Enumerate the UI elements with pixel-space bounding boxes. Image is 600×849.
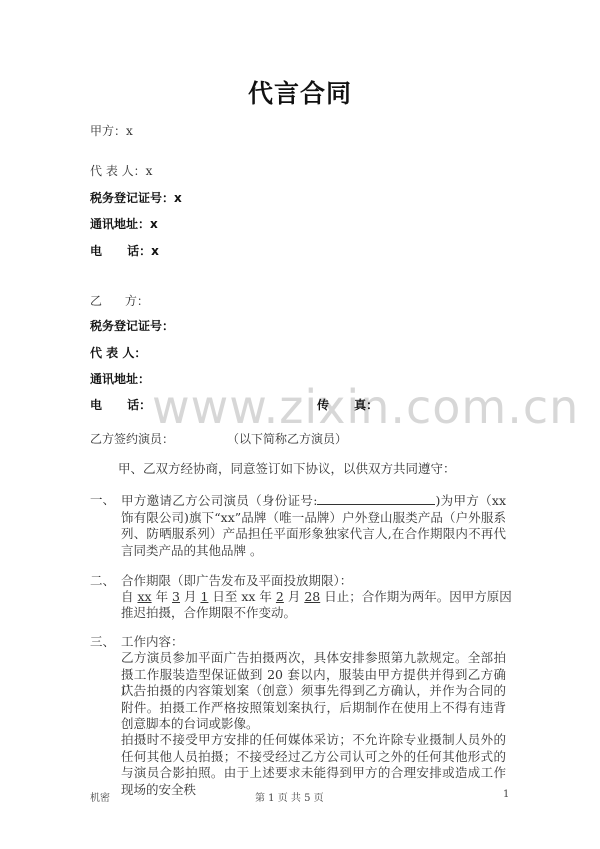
party-b-representative: 代 表 人： [90, 346, 146, 360]
section-1-number: 一、 [90, 492, 115, 509]
date-suffix: 日止；合作期为两年。因甲方原因 [320, 589, 511, 604]
month-label-2: 月 [284, 589, 304, 604]
section-1-body: 甲方邀请乙方公司演员（身份证号:)为甲方（xx 饰有限公司)旗下“xx”品牌（唯… [121, 492, 506, 559]
start-year: xx [137, 589, 151, 604]
start-month: 3 [172, 589, 180, 604]
month-label: 月 [180, 589, 200, 604]
page-title: 代言合同 [0, 74, 600, 110]
footer-page-count: 第 1 页 共 5 页 [255, 789, 324, 804]
id-number-blank [317, 492, 435, 505]
party-a-phone: 电 话：x [90, 244, 159, 258]
end-month: 2 [276, 589, 284, 604]
section-3-number: 三、 [90, 634, 115, 651]
footer-page-number: 1 [503, 789, 509, 800]
intro-text: 甲、乙双方经协商，同意签订如下协议，以供双方共同遵守： [118, 461, 456, 478]
date-prefix: 自 [121, 589, 137, 604]
section-2-continuation: 推迟拍摄，合作期限不作变动。 [121, 605, 296, 622]
party-b-tax-id: 税务登记证号： [90, 319, 174, 333]
party-b-name: 乙 方： [90, 294, 149, 308]
section-2-number: 二、 [90, 573, 115, 590]
section-1-text-before: 甲方邀请乙方公司演员（身份证号: [121, 493, 317, 508]
actor-label: 乙方签约演员： [90, 432, 174, 446]
party-a-name: 甲方：x [90, 124, 133, 138]
party-a-tax-id: 税务登记证号：x [90, 191, 182, 205]
party-b-address: 通讯地址： [90, 372, 150, 386]
party-a-representative: 代 表 人：x [90, 164, 152, 178]
end-day: 28 [304, 589, 320, 604]
section-2-dates: 自 xx 年 3 月 1 日至 xx 年 2 月 28 日止；合作期为两年。因甲… [121, 589, 512, 606]
section-3-paragraph-2: 广告拍摄的内容策划案（创意）须事先得到乙方确认，并作为合同的附件。拍摄工作严格按… [121, 683, 506, 733]
actor-note: （以下简称乙方演员） [227, 432, 347, 446]
section-3-heading: 工作内容： [121, 634, 184, 651]
party-b-phone: 电 话： [90, 398, 151, 412]
day-label: 日至 xx 年 [208, 589, 276, 604]
year-label: 年 [152, 589, 172, 604]
party-a-address: 通讯地址：x [90, 217, 158, 231]
party-b-fax: 传 真： [317, 398, 378, 412]
section-2-heading: 合作期限（即广告发布及平面投放期限）： [121, 573, 352, 590]
footer-confidential: 机密 [90, 789, 110, 804]
